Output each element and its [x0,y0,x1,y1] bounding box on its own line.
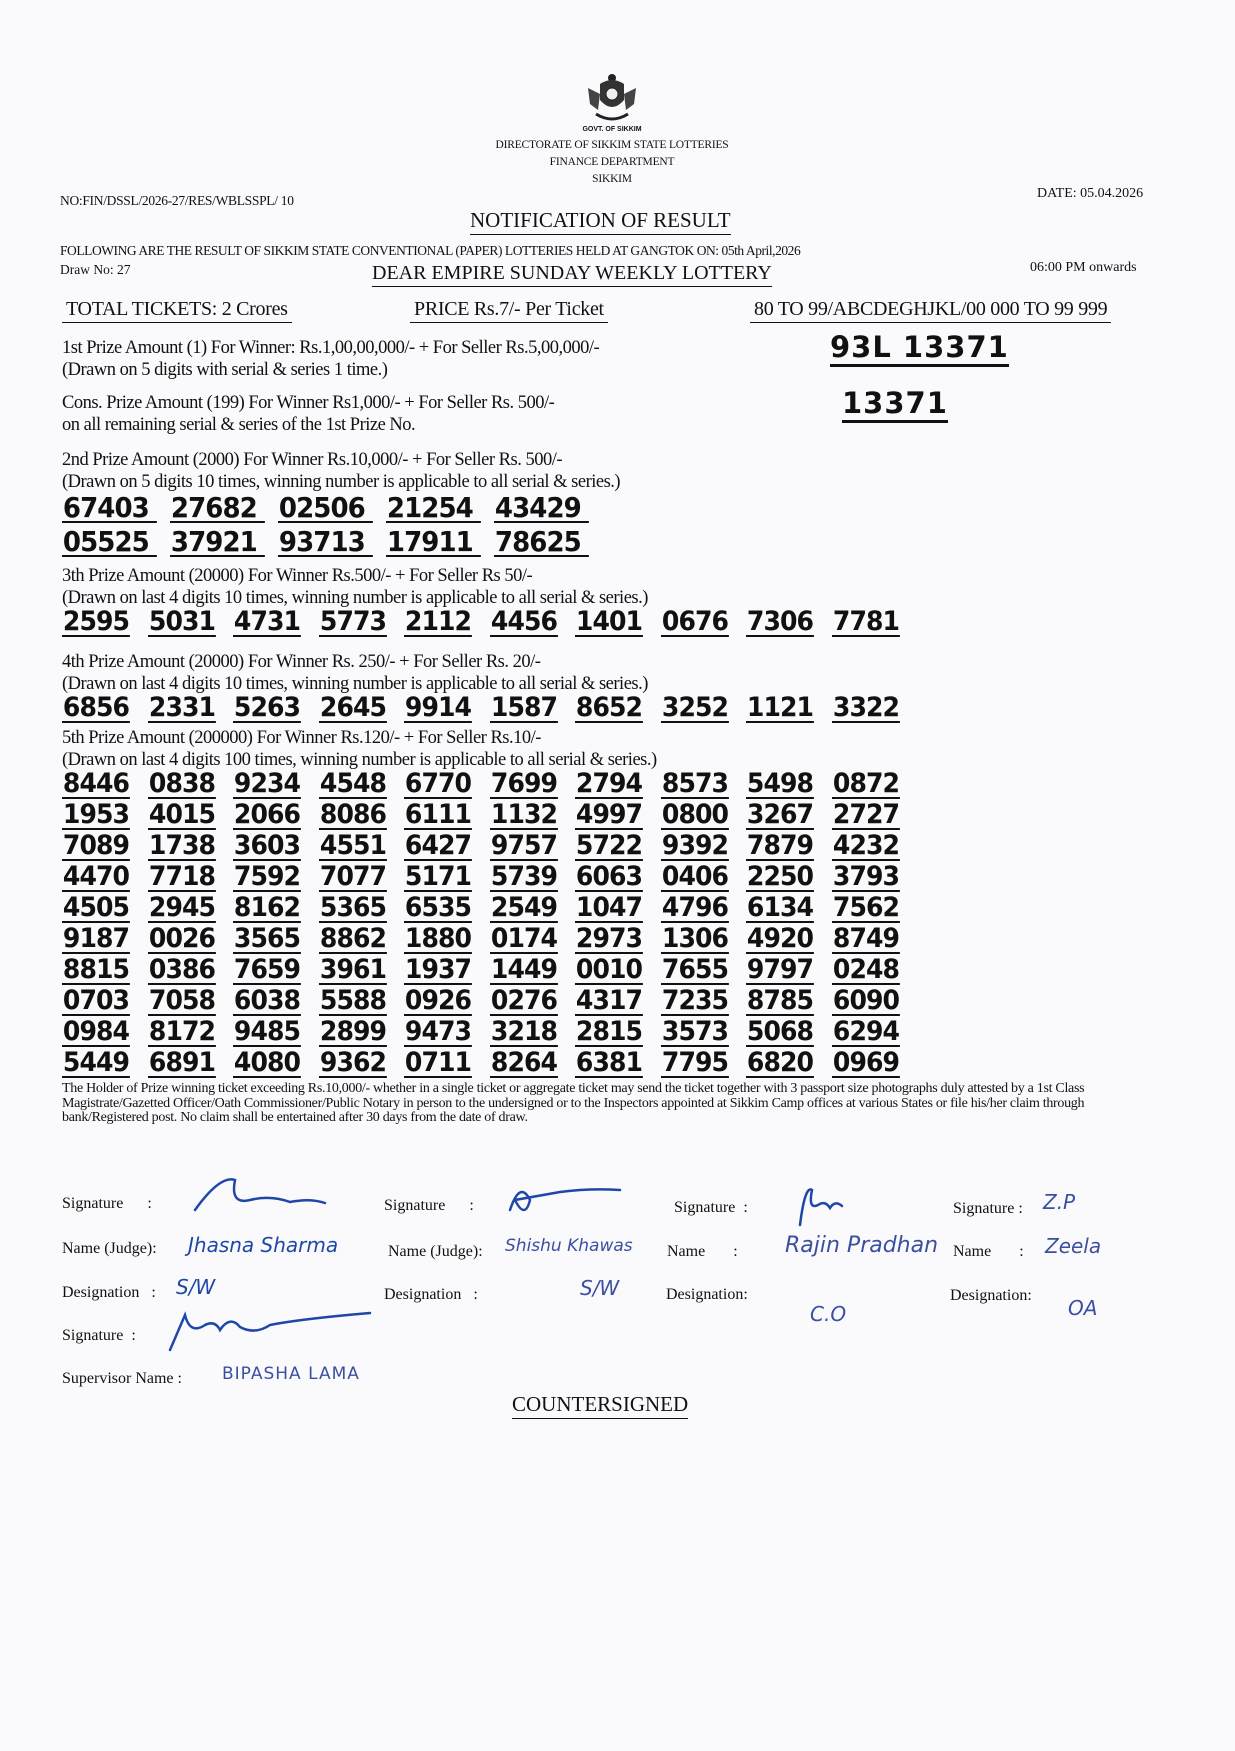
winning-number: 2973 [575,925,643,954]
winning-number: 9473 [404,1018,472,1047]
winning-number: 3322 [832,694,900,723]
winning-number: 3252 [661,694,729,723]
winning-number: 2815 [575,1018,643,1047]
winning-number: 5722 [575,832,643,861]
sikkim-state-emblem-icon [582,70,642,130]
winning-number: 0386 [148,956,216,985]
winning-number: 1937 [404,956,472,985]
winning-number: 9187 [62,925,130,954]
winning-number: 7235 [661,987,729,1016]
winning-number: 27682 [170,494,265,523]
notification-date: DATE: 05.04.2026 [1037,186,1143,202]
series-range: 80 TO 99/ABCDEGHJKL/00 000 TO 99 999 [750,298,1111,323]
fifth-prize-numbers: 8446083892344548677076992794857354980872… [62,770,917,1078]
winning-number: 7655 [661,956,729,985]
winning-number: 5068 [746,1018,814,1047]
winning-number: 3218 [490,1018,558,1047]
winning-number: 0248 [832,956,900,985]
winning-number: 9392 [661,832,729,861]
supervisor-name: BIPASHA LAMA [222,1364,360,1384]
winning-number: 0872 [832,770,900,799]
signature-mark [790,1180,850,1230]
winning-number: 4470 [62,863,130,892]
winning-number: 6038 [233,987,301,1016]
designation-value: OA [1068,1296,1097,1320]
winning-number: 21254 [386,494,481,523]
winning-number: 0703 [62,987,130,1016]
winning-number: 2066 [233,801,301,830]
first-prize-description: 1st Prize Amount (1) For Winner: Rs.1,00… [62,337,599,381]
winning-number: 7879 [746,832,814,861]
designation-value: S/W [176,1275,215,1299]
first-prize-number: 93L 13371 [830,330,1009,367]
winning-number: 7562 [832,894,900,923]
winning-number: 1449 [490,956,558,985]
winning-number: 4505 [62,894,130,923]
winning-number: 4548 [319,770,387,799]
winning-number: 1401 [575,608,643,637]
winning-number: 7306 [746,608,814,637]
winning-number: 8862 [319,925,387,954]
winning-number: 8652 [575,694,643,723]
page-title: NOTIFICATION OF RESULT [470,208,731,235]
signature-label: Signature : [384,1197,474,1215]
winning-number: 7718 [148,863,216,892]
signature-mark: Z.P [1043,1190,1075,1214]
winning-number: 6111 [404,801,472,830]
winning-number: 7781 [832,608,900,637]
winning-number: 6427 [404,832,472,861]
winning-number: 3603 [233,832,301,861]
winning-number: 3267 [746,801,814,830]
designation-label: Designation: [666,1286,748,1304]
winning-number: 1132 [490,801,558,830]
winning-number: 7699 [490,770,558,799]
winning-number: 6134 [746,894,814,923]
winning-number: 4796 [661,894,729,923]
winning-number: 3961 [319,956,387,985]
designation-value: S/W [580,1276,619,1300]
winning-number: 6891 [148,1049,216,1078]
fifth-prize-description: 5th Prize Amount (200000) For Winner Rs.… [62,727,657,771]
winning-number: 6063 [575,863,643,892]
winning-number: 5773 [319,608,387,637]
winning-number: 6535 [404,894,472,923]
name-label: Name (Judge): [62,1240,157,1258]
winning-number: 4015 [148,801,216,830]
draw-time: 06:00 PM onwards [1030,260,1137,276]
winning-number: 0711 [404,1049,472,1078]
winning-number: 1953 [62,801,130,830]
signature-mark [190,1170,330,1215]
winning-number: 4080 [233,1049,301,1078]
winning-number: 0969 [832,1049,900,1078]
winning-number: 2899 [319,1018,387,1047]
winning-number: 2945 [148,894,216,923]
winning-number: 37921 [170,528,265,557]
winning-number: 67403 [62,494,157,523]
state-name: SIKKIM [412,173,812,185]
winning-number: 17911 [386,528,481,557]
signature-label: Signature : [953,1200,1023,1218]
designation-label: Designation : [384,1286,478,1304]
winning-number: 0406 [661,863,729,892]
winning-number: 7795 [661,1049,729,1078]
ticket-price: PRICE Rs.7/- Per Ticket [410,298,608,323]
winning-number: 2645 [319,694,387,723]
winning-number: 2595 [62,608,130,637]
winning-number: 0676 [661,608,729,637]
winning-number: 8162 [233,894,301,923]
winning-number: 02506 [278,494,373,523]
winning-number: 8815 [62,956,130,985]
winning-number: 4317 [575,987,643,1016]
winning-number: 7592 [233,863,301,892]
winning-number: 43429 [494,494,589,523]
winning-number: 8086 [319,801,387,830]
winning-number: 0984 [62,1018,130,1047]
winning-number: 9797 [746,956,814,985]
winning-number: 3565 [233,925,301,954]
winning-number: 2794 [575,770,643,799]
winning-number: 4232 [832,832,900,861]
judge-name: Shishu Khawas [505,1236,633,1256]
winning-number: 2112 [404,608,472,637]
winning-number: 1047 [575,894,643,923]
directorate-name: DIRECTORATE OF SIKKIM STATE LOTTERIES [412,139,812,151]
winning-number: 5739 [490,863,558,892]
winning-number: 6294 [832,1018,900,1047]
designation-label: Designation : [62,1284,156,1302]
winning-number: 8785 [746,987,814,1016]
winning-number: 6381 [575,1049,643,1078]
winning-number: 6090 [832,987,900,1016]
winning-number: 7077 [319,863,387,892]
draw-number: Draw No: 27 [60,262,131,278]
consolation-prize-description: Cons. Prize Amount (199) For Winner Rs1,… [62,392,554,436]
third-prize-description: 3th Prize Amount (20000) For Winner Rs.5… [62,565,648,609]
officer-name: Zeela [1045,1234,1101,1258]
winning-number: 4456 [490,608,558,637]
winning-number: 7089 [62,832,130,861]
winning-number: 78625 [494,528,589,557]
winning-number: 3573 [661,1018,729,1047]
winning-number: 5449 [62,1049,130,1078]
supervisor-signature-mark [160,1305,380,1355]
winning-number: 6820 [746,1049,814,1078]
name-label: Name : [953,1243,1024,1261]
winning-number: 4920 [746,925,814,954]
winning-number: 5498 [746,770,814,799]
winning-number: 7659 [233,956,301,985]
winning-number: 0838 [148,770,216,799]
name-label: Name : [667,1243,738,1261]
department-name: FINANCE DEPARTMENT [412,156,812,168]
fourth-prize-numbers: 6856233152632645991415878652325211213322 [62,694,917,723]
winning-number: 2549 [490,894,558,923]
govt-label: GOVT. OF SIKKIM [512,126,712,133]
winning-number: 1880 [404,925,472,954]
signature-label: Signature : [674,1199,748,1217]
second-prize-numbers-row-1: 67403 27682 02506 21254 43429 [62,494,596,523]
winning-number: 1121 [746,694,814,723]
winning-number: 9914 [404,694,472,723]
winning-number: 6856 [62,694,130,723]
winning-number: 2727 [832,801,900,830]
winning-number: 8446 [62,770,130,799]
result-intro: FOLLOWING ARE THE RESULT OF SIKKIM STATE… [60,243,800,259]
fourth-prize-description: 4th Prize Amount (20000) For Winner Rs. … [62,651,648,695]
signature-label: Signature : [62,1195,152,1213]
winning-number: 4731 [233,608,301,637]
winning-number: 93713 [278,528,373,557]
name-label: Name (Judge): [388,1243,483,1261]
lottery-name: DEAR EMPIRE SUNDAY WEEKLY LOTTERY [372,262,772,287]
designation-label: Designation: [950,1287,1032,1305]
second-prize-numbers-row-2: 05525 37921 93713 17911 78625 [62,528,596,557]
winning-number: 5031 [148,608,216,637]
winning-number: 0174 [490,925,558,954]
winning-number: 5588 [319,987,387,1016]
winning-number: 7058 [148,987,216,1016]
supervisor-name-label: Supervisor Name : [62,1370,182,1388]
third-prize-numbers: 2595503147315773211244561401067673067781 [62,608,917,637]
winning-number: 9234 [233,770,301,799]
winning-number: 4551 [319,832,387,861]
winning-number: 0800 [661,801,729,830]
winning-number: 1306 [661,925,729,954]
winning-number: 5263 [233,694,301,723]
winning-number: 9362 [319,1049,387,1078]
winning-number: 5365 [319,894,387,923]
officer-name: Rajin Pradhan [785,1233,938,1258]
second-prize-description: 2nd Prize Amount (2000) For Winner Rs.10… [62,449,620,493]
winning-number: 1738 [148,832,216,861]
winning-number: 2250 [746,863,814,892]
winning-number: 05525 [62,528,157,557]
winning-number: 0010 [575,956,643,985]
winning-number: 8264 [490,1049,558,1078]
winning-number: 8749 [832,925,900,954]
reference-number: NO:FIN/DSSL/2026-27/RES/WBLSSPL/ 10 [60,193,294,209]
winning-number: 3793 [832,863,900,892]
claim-notice: The Holder of Prize winning ticket excee… [62,1082,1172,1126]
winning-number: 8573 [661,770,729,799]
winning-number: 8172 [148,1018,216,1047]
total-tickets: TOTAL TICKETS: 2 Crores [62,298,292,323]
countersigned-heading: COUNTERSIGNED [512,1392,688,1419]
judge-name: Jhasna Sharma [188,1233,338,1257]
winning-number: 4997 [575,801,643,830]
winning-number: 1587 [490,694,558,723]
winning-number: 0026 [148,925,216,954]
winning-number: 9485 [233,1018,301,1047]
winning-number: 6770 [404,770,472,799]
supervisor-signature-label: Signature : [62,1327,136,1345]
consolation-prize-number: 13371 [842,386,948,423]
winning-number: 5171 [404,863,472,892]
winning-number: 0926 [404,987,472,1016]
winning-number: 9757 [490,832,558,861]
winning-number: 0276 [490,987,558,1016]
signature-mark [500,1180,630,1225]
designation-value: C.O [810,1302,846,1326]
winning-number: 2331 [148,694,216,723]
